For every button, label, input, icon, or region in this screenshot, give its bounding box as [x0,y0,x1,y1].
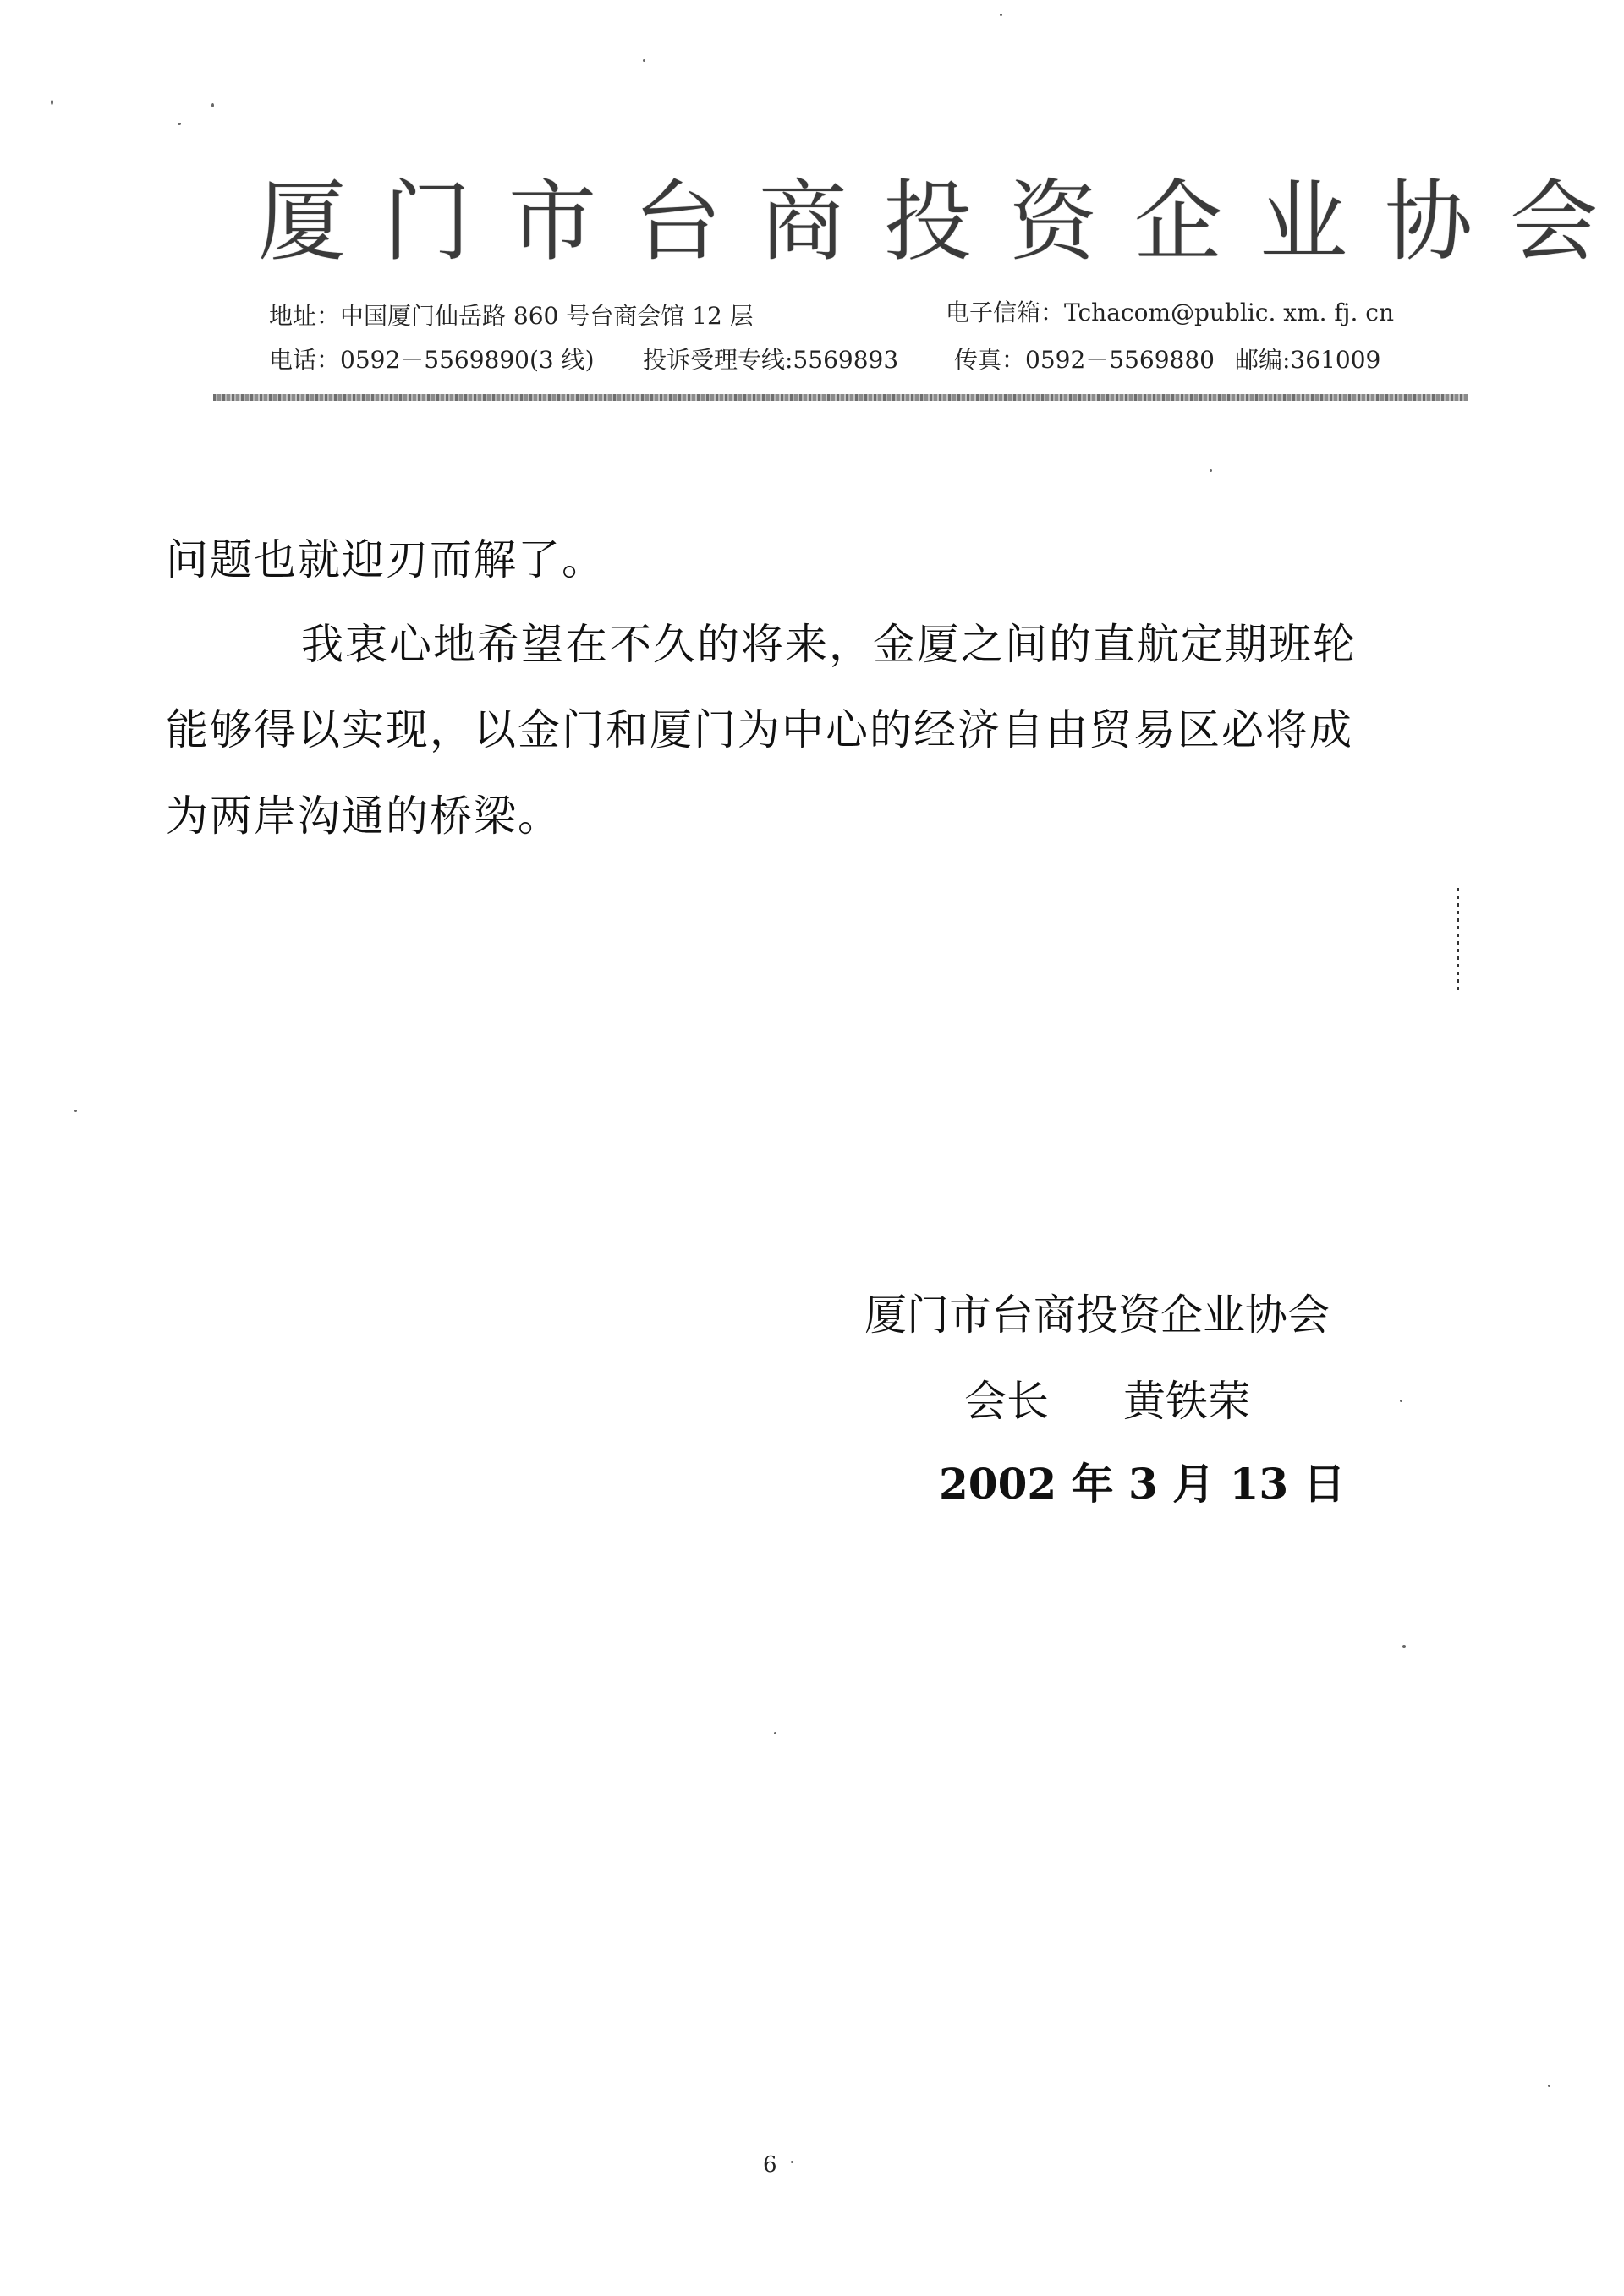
body-line-1: 问题也就迎刃而解了。 [166,539,606,581]
scan-speck [211,103,214,107]
scan-speck [178,123,181,125]
signature-title: 会长 [964,1380,1049,1422]
scan-speck [51,100,53,105]
letterhead-organization-title: 厦门市台商投资企业协会 [258,178,1624,266]
body-line-4: 为两岸沟通的桥梁。 [166,795,562,837]
scan-margin-artifact [1457,888,1459,994]
scan-speck [1400,1400,1402,1402]
letterhead-phone: 电话：0592－5569890(3 线) [269,348,595,372]
body-line-2: 我衷心地希望在不久的将来，金厦之间的直航定期班轮 [301,623,1357,666]
scan-speck [1000,14,1002,16]
signature-organization: 厦门市台商投资企业协会 [864,1294,1330,1336]
scan-speck [1210,469,1212,472]
letterhead-postcode: 邮编:361009 [1235,348,1380,372]
page-number: 6 [763,2152,777,2178]
letterhead-complaint-line: 投诉受理专线:5569893 [643,348,898,372]
scan-speck [1402,1645,1406,1648]
scan-speck [1548,2085,1550,2087]
letterhead-address: 地址：中国厦门仙岳路 860 号台商会馆 12 层 [269,304,754,328]
scan-speck [74,1110,77,1112]
letterhead-email: 电子信箱：Tchacom@public. xm. fj. cn [946,301,1394,325]
body-line-3: 能够得以实现，以金门和厦门为中心的经济自由贸易区必将成 [166,709,1353,751]
letterhead-fax: 传真：0592－5569880 [954,348,1215,372]
signature-name: 黄铁荣 [1123,1380,1250,1422]
scan-speck [774,1732,776,1734]
scan-speck [791,2161,793,2163]
letterhead-divider [213,394,1468,401]
scan-speck [643,59,645,62]
signature-date: 2002 年 3 月 13 日 [939,1463,1346,1505]
